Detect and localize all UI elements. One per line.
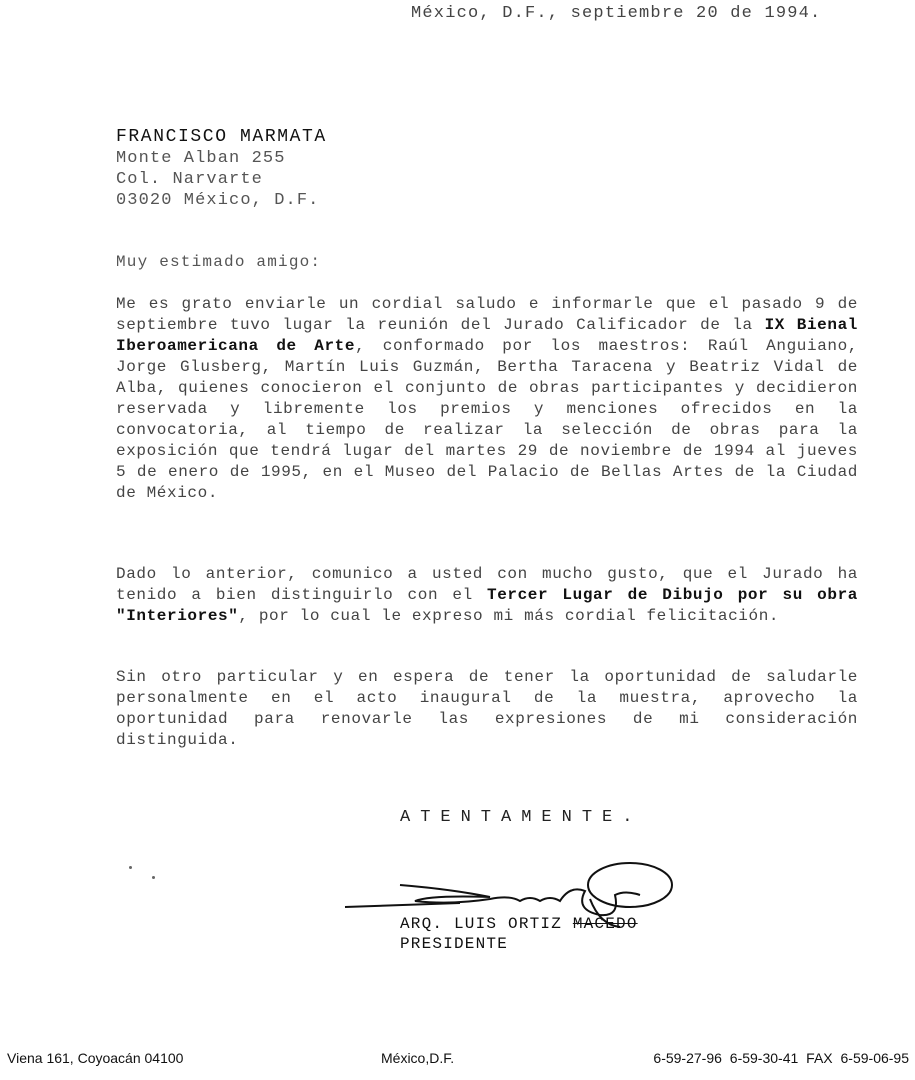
p1-text-b: , conformado por los maestros: Raúl Angu… xyxy=(116,337,858,502)
recipient-address-block: FRANCISCO MARMATA Monte Alban 255 Col. N… xyxy=(116,127,327,211)
signatory-title: PRESIDENTE xyxy=(400,934,638,954)
signatory-block: ARQ. LUIS ORTIZ MACEDO PRESIDENTE xyxy=(400,914,638,954)
recipient-name: FRANCISCO MARMATA xyxy=(116,127,327,148)
letter-date: México, D.F., septiembre 20 de 1994. xyxy=(411,4,821,23)
body-paragraph-1: Me es grato enviarle un cordial saludo e… xyxy=(116,294,858,504)
body-paragraph-2: Dado lo anterior, comunico a usted con m… xyxy=(116,564,858,627)
recipient-street: Monte Alban 255 xyxy=(116,148,327,169)
closing-line: ATENTAMENTE. xyxy=(400,808,642,827)
scan-speck xyxy=(129,866,132,869)
recipient-colony: Col. Narvarte xyxy=(116,169,327,190)
body-paragraph-3: Sin otro particular y en espera de tener… xyxy=(116,667,858,751)
footer-phones: 6-59-27-96 6-59-30-41 FAX 6-59-06-95 xyxy=(653,1050,909,1066)
salutation: Muy estimado amigo: xyxy=(116,253,321,271)
scan-speck xyxy=(152,876,155,879)
footer-address: Viena 161, Coyoacán 04100 xyxy=(7,1050,183,1066)
p2-text-b: , por lo cual le expreso mi más cordial … xyxy=(238,607,779,625)
footer-city: México,D.F. xyxy=(381,1050,454,1066)
p1-text-a: Me es grato enviarle un cordial saludo e… xyxy=(116,295,858,334)
recipient-city: 03020 México, D.F. xyxy=(116,190,327,211)
signatory-name: ARQ. LUIS ORTIZ MACEDO xyxy=(400,914,638,934)
